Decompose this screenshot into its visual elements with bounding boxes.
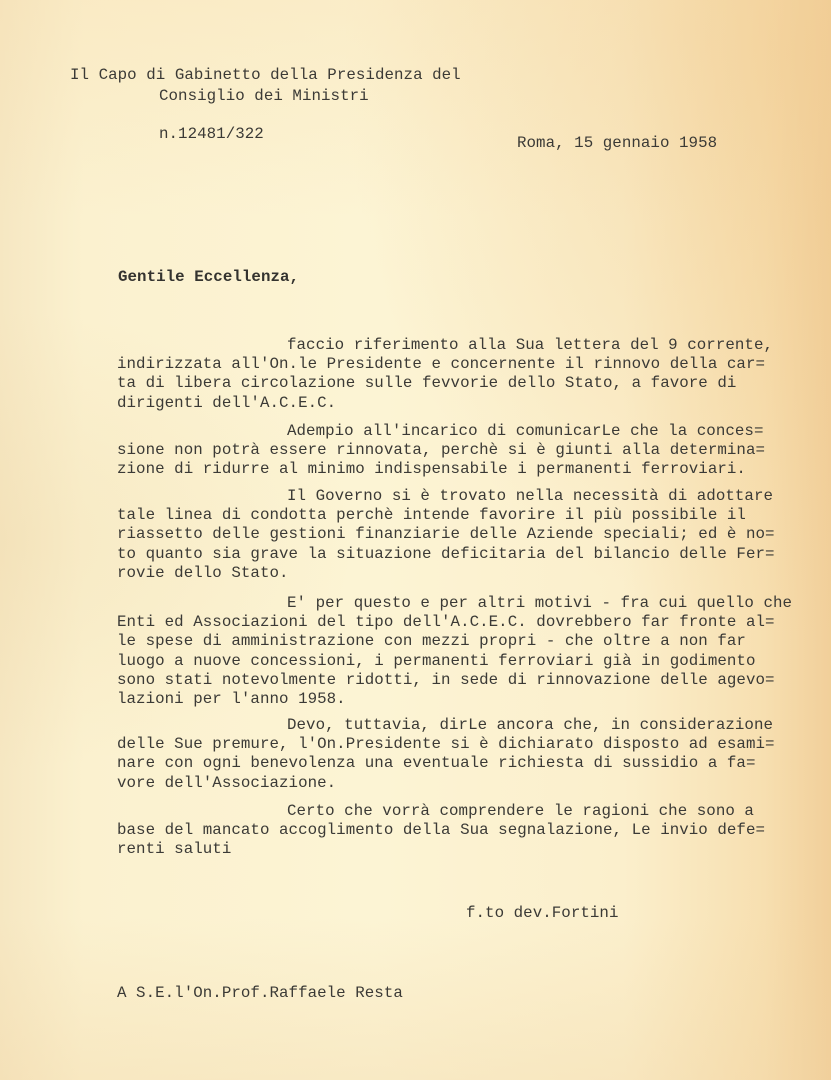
- paragraph-line: faccio riferimento alla Sua lettera del …: [117, 336, 831, 355]
- paragraph-line: sione non potrà essere rinnovata, perchè…: [117, 441, 831, 460]
- paragraph-4: E' per questo e per altri motivi - fra c…: [117, 594, 831, 709]
- paragraph-line: riassetto delle gestioni finanziarie del…: [117, 525, 831, 544]
- paragraph-line: base del mancato accoglimento della Sua …: [117, 821, 831, 840]
- addressee: A S.E.l'On.Prof.Raffaele Resta: [117, 984, 403, 1003]
- paragraph-line: Certo che vorrà comprendere le ragioni c…: [117, 802, 831, 821]
- paragraph-line: Adempio all'incarico di comunicarLe che …: [117, 422, 831, 441]
- paragraph-1: faccio riferimento alla Sua lettera del …: [117, 336, 831, 413]
- paragraph-line: zione di ridurre al minimo indispensabil…: [117, 460, 831, 479]
- paragraph-6: Certo che vorrà comprendere le ragioni c…: [117, 802, 831, 860]
- paragraph-line: Devo, tuttavia, dirLe ancora che, in con…: [117, 716, 831, 735]
- paragraph-line: sono stati notevolmente ridotti, in sede…: [117, 671, 831, 690]
- paragraph-line: lazioni per l'anno 1958.: [117, 690, 831, 709]
- paragraph-line: to quanto sia grave la situazione defici…: [117, 545, 831, 564]
- letterhead-line-2: Consiglio dei Ministri: [159, 87, 369, 106]
- paragraph-3: Il Governo si è trovato nella necessità …: [117, 487, 831, 583]
- paragraph-line: indirizzata all'On.le Presidente e conce…: [117, 355, 831, 374]
- paragraph-line: rovie dello Stato.: [117, 564, 831, 583]
- signature: f.to dev.Fortini: [466, 904, 618, 923]
- paragraph-line: delle Sue premure, l'On.Presidente si è …: [117, 735, 831, 754]
- paragraph-line: tale linea di condotta perchè intende fa…: [117, 506, 831, 525]
- paragraph-line: renti saluti: [117, 840, 831, 859]
- protocol-number: n.12481/322: [159, 125, 264, 144]
- paragraph-line: Il Governo si è trovato nella necessità …: [117, 487, 831, 506]
- paragraph-line: nare con ogni benevolenza una eventuale …: [117, 754, 831, 773]
- paragraph-5: Devo, tuttavia, dirLe ancora che, in con…: [117, 716, 831, 793]
- paragraph-line: ta di libera circolazione sulle fevvorie…: [117, 374, 831, 393]
- typewritten-letter: Il Capo di Gabinetto della Presidenza de…: [0, 0, 831, 1080]
- place-and-date: Roma, 15 gennaio 1958: [517, 134, 717, 153]
- paragraph-line: luogo a nuove concessioni, i permanenti …: [117, 652, 831, 671]
- paragraph-line: dirigenti dell'A.C.E.C.: [117, 394, 831, 413]
- salutation: Gentile Eccellenza,: [118, 268, 299, 287]
- letterhead-line-1: Il Capo di Gabinetto della Presidenza de…: [70, 66, 461, 85]
- paragraph-line: vore dell'Associazione.: [117, 774, 831, 793]
- paragraph-2: Adempio all'incarico di comunicarLe che …: [117, 422, 831, 480]
- paragraph-line: le spese di amministrazione con mezzi pr…: [117, 632, 831, 651]
- paragraph-line: Enti ed Associazioni del tipo dell'A.C.E…: [117, 613, 831, 632]
- paragraph-line: E' per questo e per altri motivi - fra c…: [117, 594, 831, 613]
